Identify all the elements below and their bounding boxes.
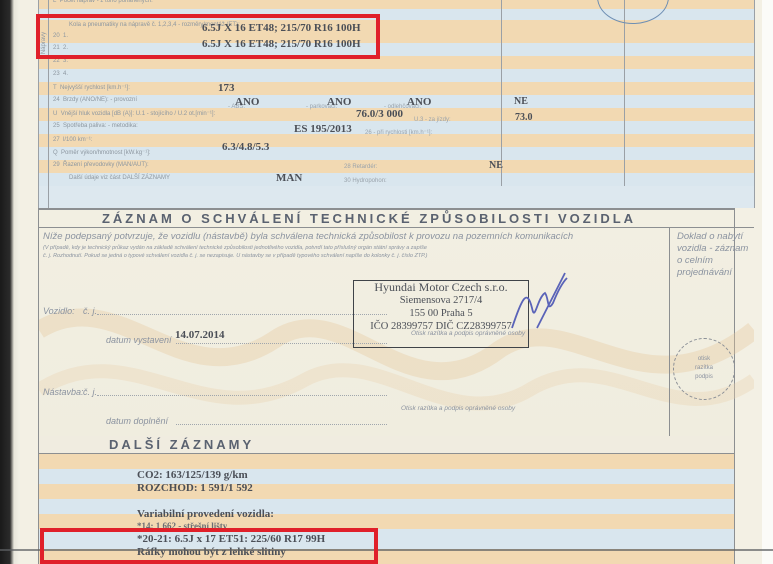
abs-value: ANO <box>235 96 259 108</box>
approval-title: ZÁZNAM O SCHVÁLENÍ TECHNICKÉ ZPŮSOBILOST… <box>39 210 689 228</box>
record-line: ROZCHOD: 1 591/1 592 <box>137 482 253 494</box>
highlight-box-wheels <box>36 14 380 59</box>
max-speed-value: 173 <box>218 82 235 94</box>
brake-extra-value: NE <box>514 96 528 107</box>
body-label: Nástavba: <box>43 387 84 397</box>
dotted-line <box>176 424 387 425</box>
dotted-line <box>97 395 387 396</box>
approval-statement: Níže podepsaný potvrzuje, že vozidlu (ná… <box>43 231 573 242</box>
customs-stamp-circle: otisk razítka podpis <box>673 338 735 400</box>
table-row: Další údaje viz část DALŠÍ ZÁZNAMY <box>39 173 754 186</box>
parking-brake-value: ANO <box>327 96 351 108</box>
retarder-28-label: 28 Retardér: <box>344 164 377 170</box>
approval-section: ZÁZNAM O SCHVÁLENÍ TECHNICKÉ ZPŮSOBILOST… <box>38 208 735 439</box>
background-margin <box>762 0 773 564</box>
divider <box>39 227 754 228</box>
record-line: CO2: 163/125/139 g/km <box>137 469 248 481</box>
signature <box>507 268 577 338</box>
dotted-line <box>97 314 387 315</box>
approval-note: č. j. Rozhodnutí. Pokud se jedná o typov… <box>43 253 428 259</box>
issue-date-value: 14.07.2014 <box>175 329 225 341</box>
approval-note: (V případě, kdy je technický průkaz vydá… <box>43 245 427 251</box>
vehicle-label: Vozidlo: <box>43 306 75 316</box>
further-title-bar: DALŠÍ ZÁZNAMY <box>39 436 734 454</box>
stamp-caption: Otisk razítka a podpis oprávněné osoby <box>401 405 515 412</box>
body-cj-label: č. j. <box>83 387 97 397</box>
noise-value: 76.0/3 000 <box>356 108 403 120</box>
completion-date-label: datum doplnění <box>106 416 168 426</box>
highlight-box-variant-wheels <box>40 528 378 564</box>
noise-u3-value: 73.0 <box>515 112 533 123</box>
record-line: Variabilní provedení vozidla: <box>137 508 274 520</box>
table-row: T Nejvyšší rychlost [km.h⁻¹]: <box>39 82 754 95</box>
column-divider <box>501 0 502 186</box>
fuel-method-value: ES 195/2013 <box>294 123 352 135</box>
retarder-28-value: NE <box>489 160 503 171</box>
speed-at-label: 26 - při rychlosti [km.h⁻¹]: <box>365 129 432 136</box>
customs-note: Doklad o nabytí vozidla - záznam o celní… <box>677 231 748 279</box>
table-row: 23 4. <box>39 69 754 82</box>
table-row <box>39 186 754 208</box>
retarder-brake-value: ANO <box>407 96 431 108</box>
stripe <box>39 454 734 469</box>
column-divider <box>669 227 670 437</box>
table-row: Q Poměr výkon/hmotnost [kW.kg⁻¹]: <box>39 147 754 160</box>
hydro-30-label: 30 Hydropohon: <box>344 178 387 184</box>
company-stamp: Hyundai Motor Czech s.r.o. Siemensova 27… <box>353 280 529 348</box>
fuel-consumption-value: 6.3/4.8/5.3 <box>222 141 269 153</box>
cj-label: č. j. <box>83 306 97 316</box>
table-row: 29 Řazení převodovky (MAN/AUT): <box>39 160 754 173</box>
further-records-title: DALŠÍ ZÁZNAMY <box>109 437 254 452</box>
issue-date-label: datum vystavení <box>106 335 172 345</box>
noise-u3-label: U.3 - za jízdy: <box>414 117 451 123</box>
column-divider <box>624 0 625 186</box>
page-edge <box>0 0 20 564</box>
gearbox-value: MAN <box>276 172 302 184</box>
